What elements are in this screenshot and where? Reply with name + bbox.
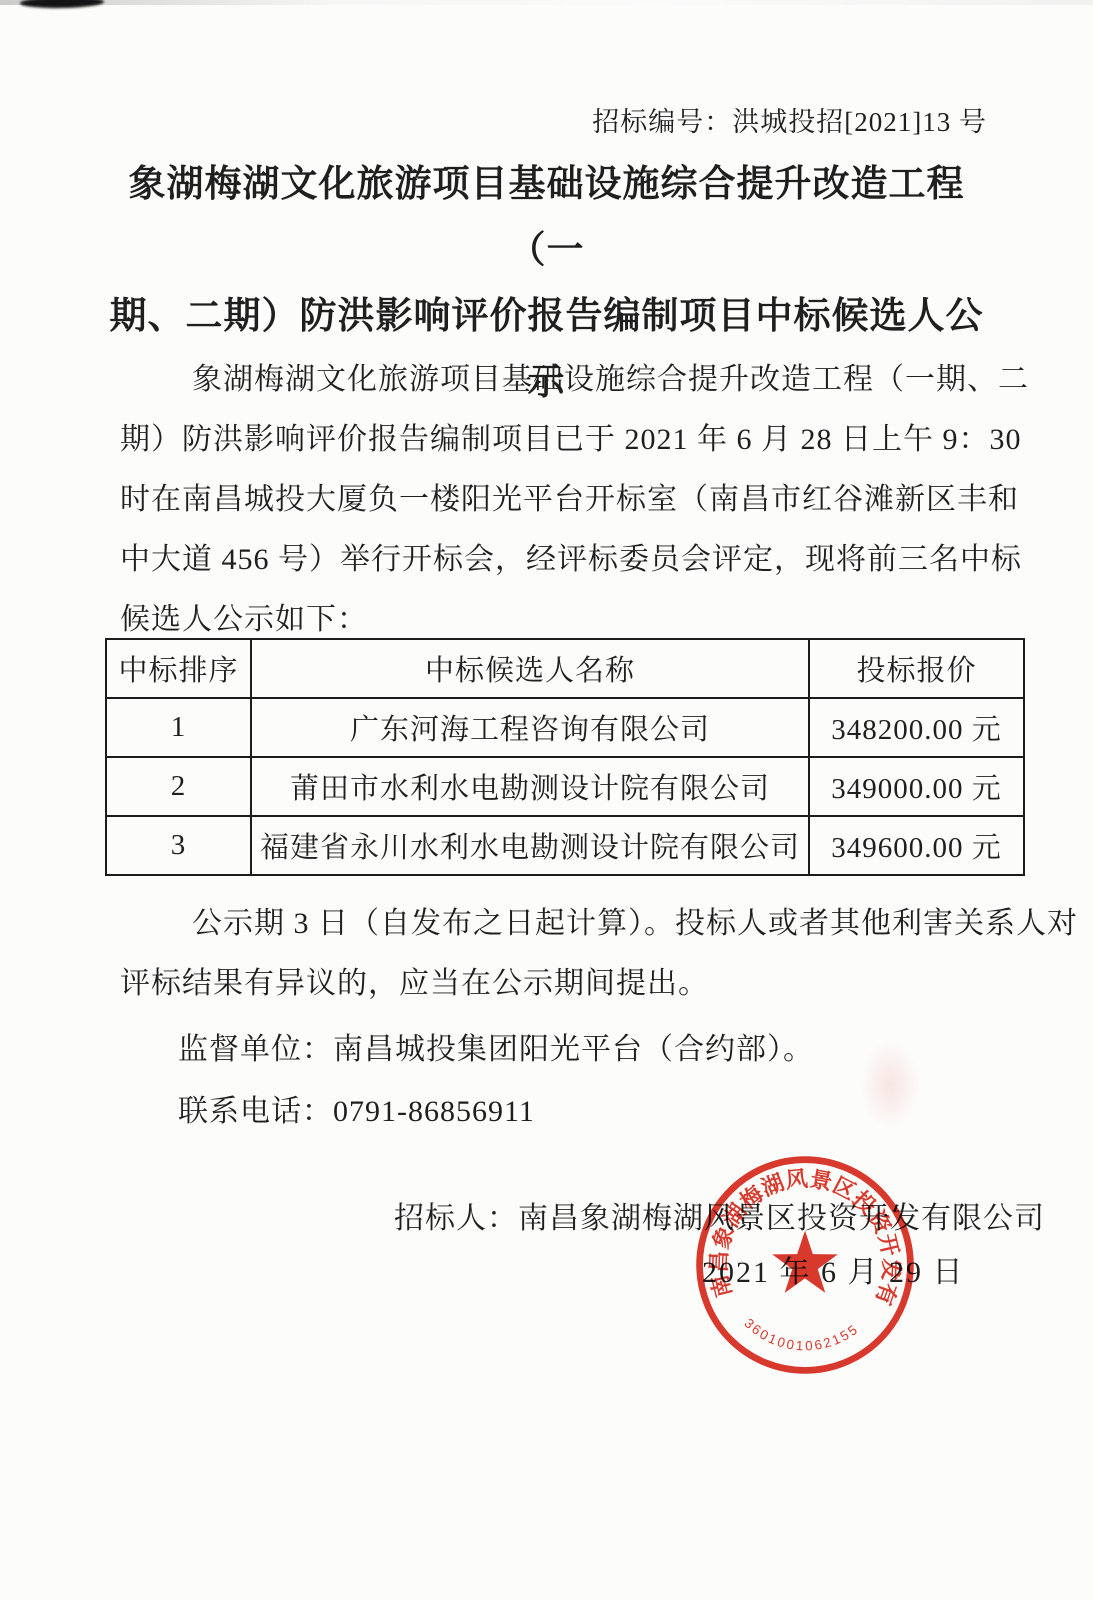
candidate-cell: 福建省永川水利水电勘测设计院有限公司 [251, 816, 809, 875]
notice-line: 评标结果有异议的，应当在公示期间提出。 [120, 954, 986, 1014]
seal-serial-wrap: 3601001062155 [741, 1316, 861, 1354]
rank-cell: 3 [106, 816, 251, 875]
candidate-cell: 莆田市水利水电勘测设计院有限公司 [251, 757, 809, 816]
table-row: 1 广东河海工程咨询有限公司 348200.00 元 [106, 698, 1024, 757]
contact-phone: 联系电话：0791-86856911 [178, 1086, 535, 1130]
notice-paragraph: 公示期 3 日（自发布之日起计算）。投标人或者其他利害关系人对 评标结果有异议的… [120, 894, 986, 1014]
price-cell: 349000.00 元 [809, 757, 1024, 816]
notice-line: 公示期 3 日（自发布之日起计算）。投标人或者其他利害关系人对 [120, 894, 986, 954]
scan-pink-smudge [860, 1040, 920, 1130]
seal-company-name: 南昌象湖梅湖风景区投资开发有限公司 [690, 1150, 904, 1309]
body-paragraph: 象湖梅湖文化旅游项目基础设施综合提升改造工程（一期、二 期）防洪影响评价报告编制… [120, 350, 986, 650]
table-row: 3 福建省永川水利水电勘测设计院有限公司 349600.00 元 [106, 816, 1024, 875]
scan-smudge-artifact [20, 0, 104, 9]
supervisor-unit: 监督单位：南昌城投集团阳光平台（合约部）。 [178, 1024, 814, 1068]
seal-serial-number: 3601001062155 [741, 1316, 861, 1354]
rank-cell: 2 [106, 757, 251, 816]
body-line: 期）防洪影响评价报告编制项目已于 2021 年 6 月 28 日上午 9：30 [120, 410, 986, 470]
col-header-candidate: 中标候选人名称 [251, 639, 809, 698]
price-cell: 348200.00 元 [809, 698, 1024, 757]
rank-cell: 1 [106, 698, 251, 757]
body-line: 时在南昌城投大厦负一楼阳光平台开标室（南昌市红谷滩新区丰和 [120, 470, 986, 530]
seal-ring-text-wrap: 南昌象湖梅湖风景区投资开发有限公司 [690, 1150, 904, 1309]
scanned-document-page: 招标编号：洪城投招[2021]13 号 象湖梅湖文化旅游项目基础设施综合提升改造… [0, 0, 1093, 1600]
col-header-rank: 中标排序 [106, 639, 251, 698]
body-line: 中大道 456 号）举行开标会，经评标委员会评定，现将前三名中标 [120, 530, 986, 590]
candidate-cell: 广东河海工程咨询有限公司 [251, 698, 809, 757]
body-line: 象湖梅湖文化旅游项目基础设施综合提升改造工程（一期、二 [120, 350, 986, 410]
col-header-price: 投标报价 [809, 639, 1024, 698]
seal-star-icon [772, 1231, 838, 1293]
table-row: 2 莆田市水利水电勘测设计院有限公司 349000.00 元 [106, 757, 1024, 816]
table-header-row: 中标排序 中标候选人名称 投标报价 [106, 639, 1024, 698]
document-title-line1: 象湖梅湖文化旅游项目基础设施综合提升改造工程（一 [96, 152, 997, 284]
tender-number: 招标编号：洪城投招[2021]13 号 [592, 100, 987, 139]
price-cell: 349600.00 元 [809, 816, 1024, 875]
scan-noise-streak [0, 0, 1093, 5]
company-seal: 南昌象湖梅湖风景区投资开发有限公司 3601001062155 [690, 1150, 920, 1380]
bid-candidates-table: 中标排序 中标候选人名称 投标报价 1 广东河海工程咨询有限公司 348200.… [105, 638, 1025, 876]
